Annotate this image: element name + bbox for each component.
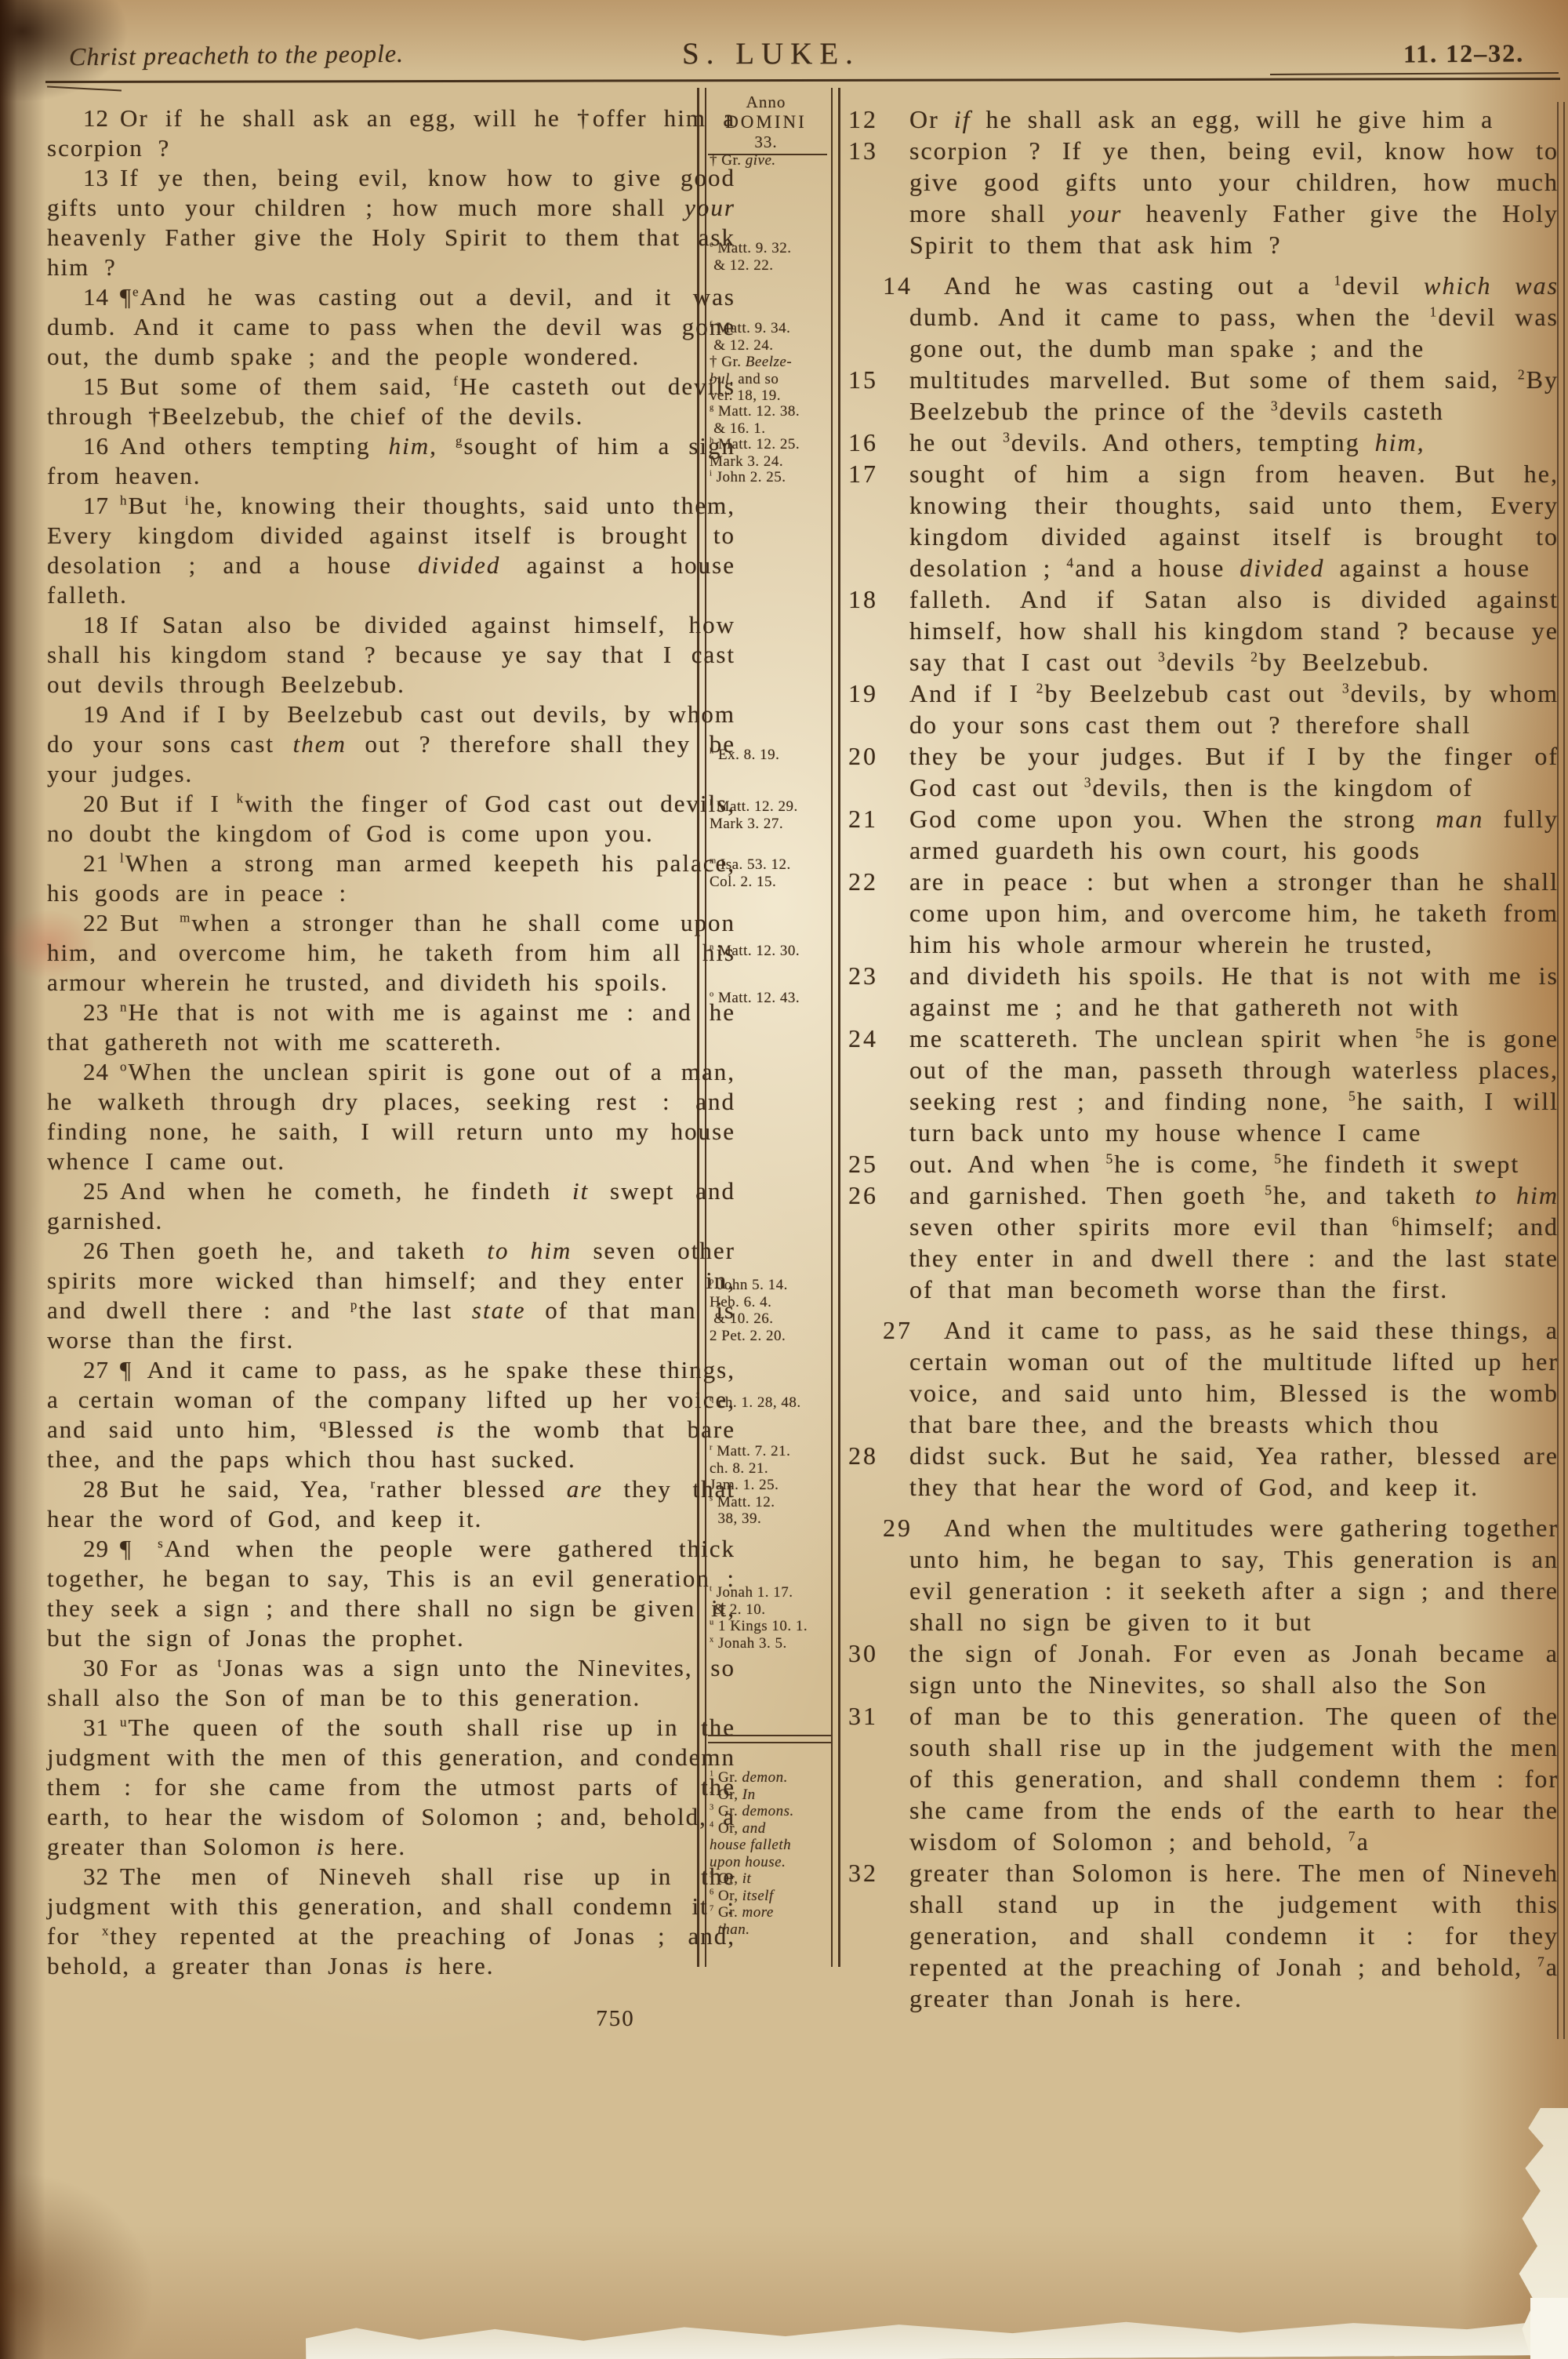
margin-reference: q ch. 1. 28, 48.: [710, 1394, 832, 1412]
margin-reference: i John 2. 25.: [710, 469, 832, 486]
verse-number: 18: [848, 583, 903, 615]
verse-text: And if I 2by Beelzebub cast out 3devils,…: [909, 679, 1559, 739]
kjv-verse: 15But some of them said, fHe casteth out…: [47, 372, 735, 431]
verse-text: Or if he shall ask an egg, will he †offe…: [47, 104, 735, 162]
verse-number: 25: [83, 1177, 120, 1205]
verse-text: Or if he shall ask an egg, will he give …: [909, 105, 1494, 133]
page-edge-rule-outer: [1563, 102, 1565, 2039]
rv-verse: 16 he out 3devils. And others, tempting …: [848, 427, 1559, 458]
verse-number: 26: [848, 1179, 903, 1211]
kjv-verse: 30For as tJonas was a sign unto the Nine…: [47, 1653, 735, 1713]
verse-text: God come upon you. When the strong man f…: [909, 805, 1559, 864]
verse-number: 21: [848, 803, 903, 834]
margin-reference: r Matt. 7. 21.ch. 8. 21.Jam. 1. 25.s Mat…: [710, 1443, 832, 1528]
margin-reference: l Matt. 12. 29.Mark 3. 27.: [710, 798, 832, 832]
verse-text: The men of Nineveh shall rise up in the …: [47, 1863, 735, 1979]
verse-text: multitudes marvelled. But some of them s…: [909, 365, 1559, 425]
verse-number: 28: [83, 1475, 120, 1503]
rv-verse: 31 of man be to this generation. The que…: [848, 1700, 1559, 1857]
verse-number: 27: [83, 1356, 120, 1383]
verse-text: But some of them said, fHe casteth out d…: [47, 373, 735, 430]
verse-number: 14: [848, 270, 903, 301]
rv-verse: 32 greater than Solomon is here. The men…: [848, 1857, 1559, 2014]
verse-number: 19: [83, 700, 120, 728]
verse-number: 21: [83, 849, 120, 877]
rv-verse: 29 And when the multitudes were gatherin…: [848, 1512, 1559, 1637]
rv-verse: 19 And if I 2by Beelzebub cast out 3devi…: [848, 678, 1559, 740]
kjv-verse: 25And when he cometh, he findeth it swep…: [47, 1176, 735, 1236]
verse-text: falleth. And if Satan also is divided ag…: [909, 585, 1559, 676]
rv-verse: 18 falleth. And if Satan also is divided…: [848, 583, 1559, 678]
margin-reference: 1 Gr. demon.2 Or, In3 Gr. demons.4 Or, a…: [710, 1769, 832, 1938]
rv-verse: 22 are in peace : but when a stronger th…: [848, 866, 1559, 960]
verse-text: ¶ sAnd when the people were gathered thi…: [47, 1535, 735, 1652]
margin-reference: † Gr. give.: [710, 152, 832, 169]
verse-text: uThe queen of the south shall rise up in…: [47, 1714, 735, 1860]
verse-number: 30: [848, 1637, 903, 1669]
verse-text: But he said, Yea, rrather blessed are th…: [47, 1475, 735, 1532]
verse-number: 23: [83, 998, 120, 1026]
verse-number: 25: [848, 1148, 903, 1179]
kjv-verse: 18If Satan also be divided against himse…: [47, 610, 735, 700]
page-number: 750: [561, 2006, 670, 2032]
margin-reference: n Matt. 12. 30.: [710, 943, 832, 960]
kjv-column: 12Or if he shall ask an egg, will he †of…: [47, 104, 735, 1981]
verse-text: and divideth his spoils. He that is not …: [909, 961, 1559, 1021]
margin-reference: k Ex. 8. 19.: [710, 747, 832, 764]
rv-verse: 30 the sign of Jonah. For even as Jonah …: [848, 1637, 1559, 1700]
kjv-verse: 24oWhen the unclean spirit is gone out o…: [47, 1057, 735, 1176]
chapter-verse-range: 11. 12–32.: [1403, 38, 1524, 68]
rv-verse: 28 didst suck. But he said, Yea rather, …: [848, 1440, 1559, 1503]
rv-verse: 12 Or if he shall ask an egg, will he gi…: [848, 104, 1559, 135]
backing-sheet-corner: [1530, 2298, 1568, 2359]
verse-text: And others tempting him, gsought of him …: [47, 432, 735, 489]
verse-text: Then goeth he, and taketh to him seven o…: [47, 1237, 735, 1354]
verse-text: If ye then, being evil, know how to give…: [47, 164, 735, 281]
verse-number: 22: [83, 909, 120, 936]
verse-number: 17: [848, 458, 903, 489]
rv-column: 12 Or if he shall ask an egg, will he gi…: [848, 104, 1559, 2014]
verse-text: sought of him a sign from heaven. But he…: [909, 460, 1559, 582]
kjv-verse: 29¶ sAnd when the people were gathered t…: [47, 1534, 735, 1653]
verse-text: But if I kwith the finger of God cast ou…: [47, 790, 735, 847]
backing-sheet-bottom: [306, 2314, 1568, 2359]
verse-number: 20: [848, 740, 903, 772]
verse-text: are in peace : but when a stronger than …: [909, 867, 1559, 958]
kjv-verse: 22But mwhen a stronger than he shall com…: [47, 908, 735, 998]
running-head-left: Christ preacheth to the people.: [69, 39, 404, 71]
verse-number: 16: [83, 432, 120, 460]
verse-text: If Satan also be divided against himself…: [47, 611, 735, 698]
kjv-verse: 28But he said, Yea, rrather blessed are …: [47, 1474, 735, 1534]
rv-verse: 21 God come upon you. When the strong ma…: [848, 803, 1559, 866]
verse-number: 30: [83, 1654, 120, 1681]
verse-text: greater than Solomon is here. The men of…: [909, 1859, 1559, 2012]
rv-verse: 13 scorpion ? If ye then, being evil, kn…: [848, 135, 1559, 260]
margin-reference: h Matt. 12. 25.Mark 3. 24.: [710, 436, 832, 470]
verse-number: 27: [848, 1314, 903, 1346]
kjv-verse: 14¶eAnd he was casting out a devil, and …: [47, 282, 735, 372]
kjv-verse: 26Then goeth he, and taketh to him seven…: [47, 1236, 735, 1355]
header-rule-secondary: [1270, 72, 1559, 75]
kjv-verse: 16And others tempting him, gsought of hi…: [47, 431, 735, 491]
verse-text: they be your judges. But if I by the fin…: [909, 742, 1559, 801]
verse-text: hBut ihe, knowing their thoughts, said u…: [47, 492, 735, 609]
kjv-verse: 13If ye then, being evil, know how to gi…: [47, 163, 735, 282]
verse-number: 32: [848, 1857, 903, 1888]
verse-number: 24: [848, 1023, 903, 1054]
notes-divider-rule-bottom: [708, 1742, 832, 1743]
verse-text: ¶ And it came to pass, as he spake these…: [47, 1356, 735, 1473]
center-column-right-rule: [838, 88, 840, 1967]
verse-number: 28: [848, 1440, 903, 1471]
rv-verse: 23 and divideth his spoils. He that is n…: [848, 960, 1559, 1023]
verse-number: 16: [848, 427, 903, 458]
verse-number: 29: [848, 1512, 903, 1543]
rv-verse: 27 And it came to pass, as he said these…: [848, 1314, 1559, 1440]
verse-number: 23: [848, 960, 903, 991]
verse-text: But mwhen a stronger than he shall come …: [47, 909, 735, 996]
kjv-verse: 17hBut ihe, knowing their thoughts, said…: [47, 491, 735, 610]
verse-text: the sign of Jonah. For even as Jonah bec…: [909, 1639, 1559, 1699]
verse-text: And when he cometh, he findeth it swept …: [47, 1177, 735, 1234]
margin-reference: p John 5. 14.Heb. 6. 4. & 10. 26.2 Pet. …: [710, 1277, 832, 1344]
rv-verse: 24 me scattereth. The unclean spirit whe…: [848, 1023, 1559, 1148]
verse-number: 20: [83, 790, 120, 817]
verse-text: nHe that is not with me is against me : …: [47, 998, 735, 1056]
kjv-verse: 19And if I by Beelzebub cast out devils,…: [47, 700, 735, 789]
verse-number: 32: [83, 1863, 120, 1890]
margin-reference: t Jonah 1. 17. & 2. 10.u 1 Kings 10. 1.x…: [710, 1584, 832, 1652]
verse-number: 13: [83, 164, 120, 191]
margin-reference: f Matt. 9. 34. & 12. 24.† Gr. Beelze-bul…: [710, 320, 832, 405]
verse-text: and garnished. Then goeth 5he, and taket…: [909, 1181, 1559, 1303]
rv-verse: 14 And he was casting out a 1devil which…: [848, 270, 1559, 364]
margin-reference: m Isa. 53. 12.Col. 2. 15.: [710, 856, 832, 890]
header-rule-flourish: [47, 86, 122, 92]
verse-text: lWhen a strong man armed keepeth his pal…: [47, 849, 735, 907]
verse-number: 15: [848, 364, 903, 395]
rv-verse: 17 sought of him a sign from heaven. But…: [848, 458, 1559, 583]
verse-number: 12: [848, 104, 903, 135]
verse-number: 14: [83, 283, 120, 311]
notes-divider-rule-top: [708, 1735, 832, 1736]
rv-verse: 15 multitudes marvelled. But some of the…: [848, 364, 1559, 427]
verse-number: 17: [83, 492, 120, 519]
verse-number: 22: [848, 866, 903, 897]
kjv-verse: 23nHe that is not with me is against me …: [47, 998, 735, 1057]
verse-number: 31: [83, 1714, 120, 1741]
verse-text: And it came to pass, as he said these th…: [909, 1316, 1559, 1438]
kjv-verse: 20But if I kwith the finger of God cast …: [47, 789, 735, 849]
verse-text: And when the multitudes were gathering t…: [909, 1514, 1559, 1636]
margin-reference: e Matt. 9. 32. & 12. 22.: [710, 240, 832, 274]
verse-number: 19: [848, 678, 903, 709]
verse-text: he out 3devils. And others, tempting him…: [909, 428, 1425, 456]
verse-text: oWhen the unclean spirit is gone out of …: [47, 1058, 735, 1175]
verse-text: scorpion ? If ye then, being evil, know …: [909, 136, 1559, 259]
margin-references-column: † Gr. give. e Matt. 9. 32. & 12. 22. f M…: [700, 0, 835, 2039]
kjv-verse: 31uThe queen of the south shall rise up …: [47, 1713, 735, 1862]
verse-number: 26: [83, 1237, 120, 1264]
verse-number: 31: [848, 1700, 903, 1732]
verse-number: 29: [83, 1535, 120, 1562]
rv-verse: 20 they be your judges. But if I by the …: [848, 740, 1559, 803]
kjv-verse: 12Or if he shall ask an egg, will he †of…: [47, 104, 735, 163]
verse-text: And he was casting out a 1devil which wa…: [909, 271, 1559, 362]
verse-number: 15: [83, 373, 120, 400]
kjv-verse: 21lWhen a strong man armed keepeth his p…: [47, 849, 735, 908]
margin-reference: g Matt. 12. 38. & 16. 1.: [710, 403, 832, 437]
verse-text: of man be to this generation. The queen …: [909, 1702, 1559, 1856]
verse-number: 12: [83, 104, 120, 132]
kjv-verse: 27¶ And it came to pass, as he spake the…: [47, 1355, 735, 1474]
verse-number: 24: [83, 1058, 120, 1085]
rv-verse: 25 out. And when 5he is come, 5he findet…: [848, 1148, 1559, 1179]
margin-reference: o Matt. 12. 43.: [710, 990, 832, 1007]
kjv-verse: 32The men of Nineveh shall rise up in th…: [47, 1862, 735, 1981]
verse-text: ¶eAnd he was casting out a devil, and it…: [47, 283, 735, 370]
verse-number: 18: [83, 611, 120, 638]
verse-number: 13: [848, 135, 903, 166]
rv-verse: 26 and garnished. Then goeth 5he, and ta…: [848, 1179, 1559, 1305]
verse-text: For as tJonas was a sign unto the Ninevi…: [47, 1654, 735, 1711]
verse-text: And if I by Beelzebub cast out devils, b…: [47, 700, 735, 787]
verse-text: out. And when 5he is come, 5he findeth i…: [909, 1150, 1519, 1178]
verse-text: didst suck. But he said, Yea rather, ble…: [909, 1441, 1559, 1501]
verse-text: me scattereth. The unclean spirit when 5…: [909, 1024, 1559, 1147]
